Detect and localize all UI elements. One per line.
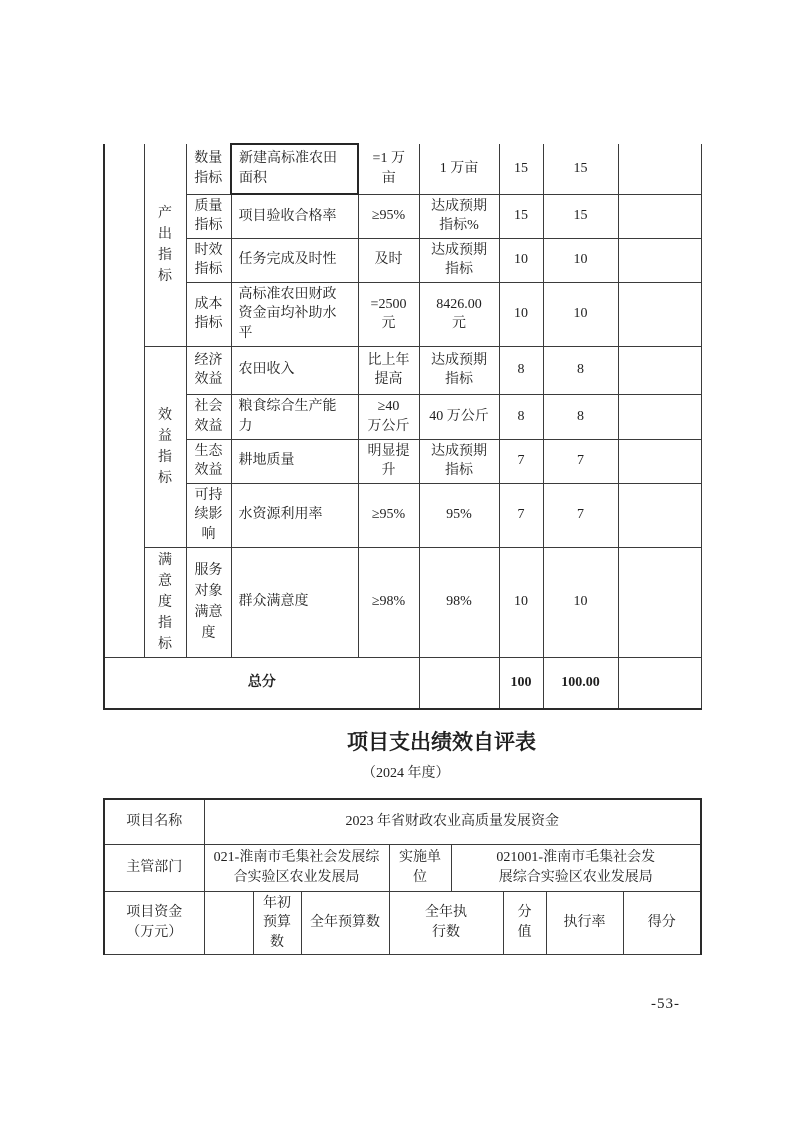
indicator-cell: 群众满意度 [231,547,358,657]
table-row: 可持 续影 响 水资源利用率 ≥95% 95% 7 7 [104,483,701,547]
table-row: 产 出 指 标 数量 指标 新建高标准农田 面积 =1 万 亩 1 万亩 15 … [104,144,701,194]
actual-cell: 8426.00 元 [419,282,499,346]
total-self-score: 100.00 [543,657,618,709]
target-cell: ≥40 万公斤 [358,394,419,439]
indicator-cell: 项目验收合格率 [231,194,358,238]
impl-unit-value: 021001-淮南市毛集社会发 展综合实验区农业发展局 [451,844,701,891]
group-output-indicators: 产 出 指 标 [144,144,186,346]
target-cell: 明显提 升 [358,439,419,483]
score-cell: 10 [499,282,543,346]
score-cell: 7 [499,439,543,483]
table-row: 质量 指标 项目验收合格率 ≥95% 达成预期 指标% 15 15 [104,194,701,238]
target-cell: =2500 元 [358,282,419,346]
col-score: 分 值 [503,891,546,955]
category-cell: 经济 效益 [186,346,231,394]
table-row: 社会 效益 粮食综合生产能 力 ≥40 万公斤 40 万公斤 8 8 [104,394,701,439]
score-cell: 7 [499,483,543,547]
actual-cell: 达成预期 指标% [419,194,499,238]
indicator-cell: 农田收入 [231,346,358,394]
category-cell: 生态 效益 [186,439,231,483]
funds-label: 项目资金 （万元） [104,891,204,955]
score-cell: 15 [499,194,543,238]
remark-cell [618,282,701,346]
col-exec-rate: 执行率 [546,891,623,955]
col-initial-budget: 年初 预算 数 [253,891,301,955]
actual-cell: 达成预期 指标 [419,238,499,282]
document-page: 产 出 指 标 数量 指标 新建高标准农田 面积 =1 万 亩 1 万亩 15 … [0,0,794,1122]
table-row: 项目名称 2023 年省财政农业高质量发展资金 [104,799,701,844]
page-number: -53- [651,996,680,1013]
actual-cell: 1 万亩 [419,144,499,194]
remark-cell [618,483,701,547]
col-points: 得分 [623,891,701,955]
category-cell: 可持 续影 响 [186,483,231,547]
total-row: 总分 100 100.00 [104,657,701,709]
actual-cell: 98% [419,547,499,657]
score-cell: 10 [499,547,543,657]
target-cell: ≥98% [358,547,419,657]
actual-cell: 达成预期 指标 [419,439,499,483]
impl-unit-label: 实施单 位 [389,844,451,891]
target-cell: ≥95% [358,194,419,238]
self-score-cell: 8 [543,346,618,394]
self-evaluation-table: 项目名称 2023 年省财政农业高质量发展资金 主管部门 021-淮南市毛集社会… [103,798,702,955]
self-score-cell: 10 [543,282,618,346]
remark-cell [618,547,701,657]
empty-cell [419,657,499,709]
remark-cell [618,144,701,194]
category-cell: 数量 指标 [186,144,231,194]
target-cell: 比上年 提高 [358,346,419,394]
remark-cell [618,439,701,483]
dept-value: 021-淮南市毛集社会发展综 合实验区农业发展局 [204,844,389,891]
target-cell: =1 万 亩 [358,144,419,194]
group-satisfaction-indicators: 满 意 度 指 标 [144,547,186,657]
col-annual-budget: 全年预算数 [301,891,389,955]
remark-cell [618,394,701,439]
indicator-cell: 新建高标准农田 面积 [231,144,358,194]
section-subtitle: （2024 年度） [362,762,450,782]
score-cell: 8 [499,346,543,394]
table-row: 生态 效益 耕地质量 明显提 升 达成预期 指标 7 7 [104,439,701,483]
dept-label: 主管部门 [104,844,204,891]
project-name-value: 2023 年省财政农业高质量发展资金 [204,799,701,844]
actual-cell: 达成预期 指标 [419,346,499,394]
score-cell: 8 [499,394,543,439]
score-cell: 15 [499,144,543,194]
table-row: 成本 指标 高标准农田财政 资金亩均补助水 平 =2500 元 8426.00 … [104,282,701,346]
indicator-cell: 耕地质量 [231,439,358,483]
remark-cell [618,194,701,238]
margin-cell [104,144,144,657]
self-score-cell: 8 [543,394,618,439]
remark-cell [618,657,701,709]
self-score-cell: 7 [543,483,618,547]
group-benefit-indicators: 效 益 指 标 [144,346,186,547]
category-cell: 时效 指标 [186,238,231,282]
self-score-cell: 15 [543,194,618,238]
target-cell: ≥95% [358,483,419,547]
table-row: 时效 指标 任务完成及时性 及时 达成预期 指标 10 10 [104,238,701,282]
self-score-cell: 10 [543,547,618,657]
indicator-cell: 粮食综合生产能 力 [231,394,358,439]
actual-cell: 95% [419,483,499,547]
indicator-cell: 水资源利用率 [231,483,358,547]
total-label: 总分 [104,657,419,709]
self-score-cell: 10 [543,238,618,282]
indicator-table: 产 出 指 标 数量 指标 新建高标准农田 面积 =1 万 亩 1 万亩 15 … [103,143,702,710]
self-score-cell: 7 [543,439,618,483]
table-row: 满 意 度 指 标 服务 对象 满意 度 群众满意度 ≥98% 98% 10 1… [104,547,701,657]
col-annual-exec: 全年执 行数 [389,891,503,955]
table-row: 项目资金 （万元） 年初 预算 数 全年预算数 全年执 行数 分 值 执行率 得… [104,891,701,955]
self-score-cell: 15 [543,144,618,194]
section-title: 项目支出绩效自评表 [347,726,536,756]
target-cell: 及时 [358,238,419,282]
actual-cell: 40 万公斤 [419,394,499,439]
table-row: 效 益 指 标 经济 效益 农田收入 比上年 提高 达成预期 指标 8 8 [104,346,701,394]
table-row: 主管部门 021-淮南市毛集社会发展综 合实验区农业发展局 实施单 位 0210… [104,844,701,891]
category-cell: 服务 对象 满意 度 [186,547,231,657]
project-name-label: 项目名称 [104,799,204,844]
empty-cell [204,891,253,955]
category-cell: 质量 指标 [186,194,231,238]
total-score: 100 [499,657,543,709]
remark-cell [618,238,701,282]
remark-cell [618,346,701,394]
category-cell: 成本 指标 [186,282,231,346]
score-cell: 10 [499,238,543,282]
category-cell: 社会 效益 [186,394,231,439]
indicator-cell: 高标准农田财政 资金亩均补助水 平 [231,282,358,346]
indicator-cell: 任务完成及时性 [231,238,358,282]
